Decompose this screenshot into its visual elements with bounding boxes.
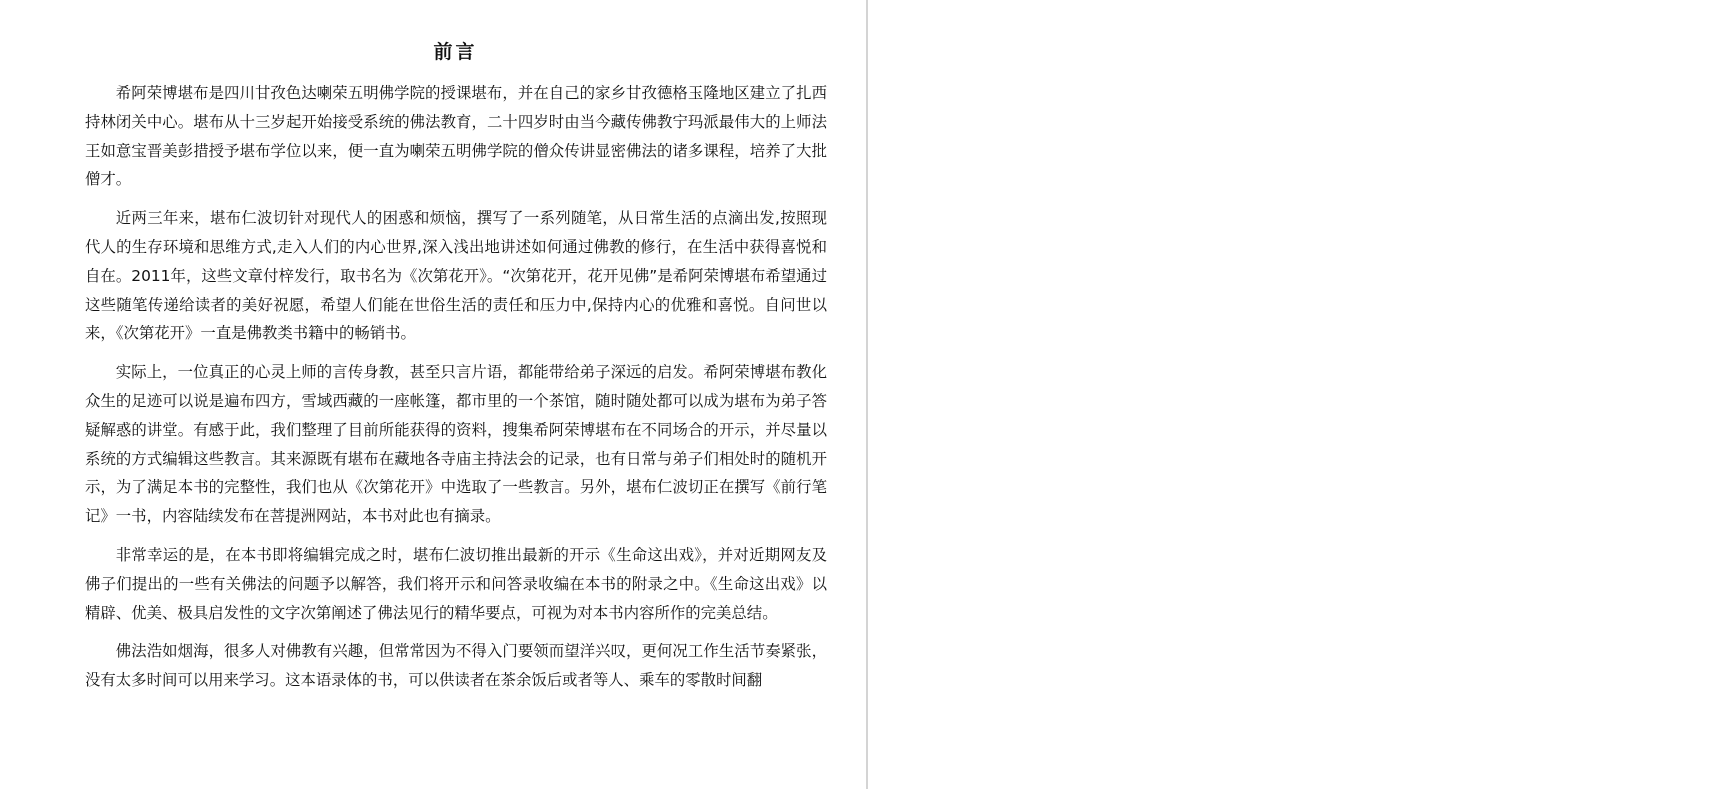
- paragraph: 实际上，一位真正的心灵上师的言传身教，甚至只言片语，都能带给弟子深远的启发。希阿…: [85, 358, 827, 531]
- left-page-body: 希阿荣博堪布是四川甘孜色达喇荣五明佛学院的授课堪布，并在自己的家乡甘孜德格玉隆地…: [85, 79, 827, 705]
- paragraph: 近两三年来，堪布仁波切针对现代人的困惑和烦恼，撰写了一系列随笔，从日常生活的点滴…: [85, 204, 827, 348]
- right-page: 阅，每天读两三条，日积月累，也许在不知不觉中便能对什么是佛法、如何修行有了大致的…: [868, 0, 1734, 789]
- page-title: 前言: [85, 38, 826, 66]
- paragraph: 希阿荣博堪布是四川甘孜色达喇荣五明佛学院的授课堪布，并在自己的家乡甘孜德格玉隆地…: [85, 79, 827, 194]
- left-page: 前言 希阿荣博堪布是四川甘孜色达喇荣五明佛学院的授课堪布，并在自己的家乡甘孜德格…: [0, 0, 866, 789]
- paragraph: 非常幸运的是，在本书即将编辑完成之时，堪布仁波切推出最新的开示《生命这出戏》，并…: [85, 541, 827, 627]
- paragraph: 佛法浩如烟海，很多人对佛教有兴趣，但常常因为不得入门要领而望洋兴叹，更何况工作生…: [85, 637, 827, 695]
